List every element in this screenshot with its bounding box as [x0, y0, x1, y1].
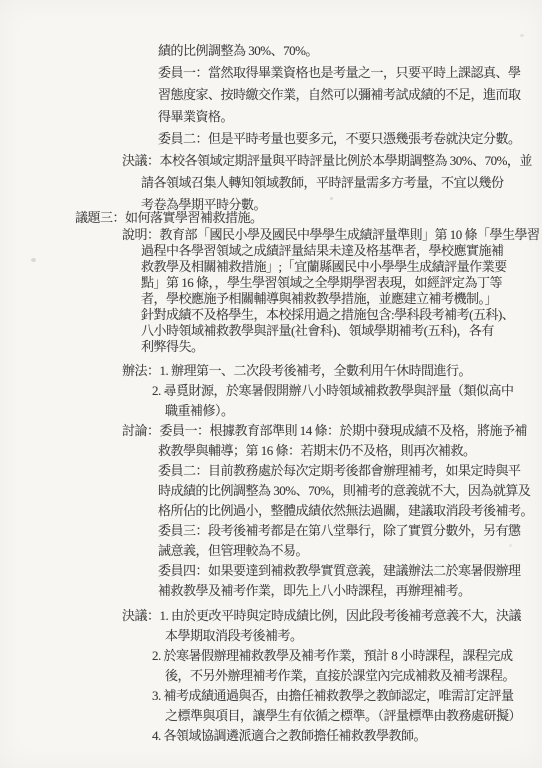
text-line: 2. 於寒暑假辦理補救教學及補考作業，預計 8 小時課程，課程完成	[0, 646, 542, 666]
text-line: 2. 尋覓財源，於寒暑假開辦八小時領域補救教學與評量（類似高中	[0, 381, 542, 401]
text-line: 後，不另外辦理補考作業，直接於課堂內完成補救及補考課程。	[0, 666, 542, 686]
text-line: 救教學及相關補救措施」;「宜蘭縣國民中小學學生成績評量作業要	[0, 259, 542, 275]
text-line: 針對成績不及格學生，本校採用過之措施包含:學科段考補考(五科)、	[0, 307, 542, 323]
text-line: 議題三：如何落實學習補救措施。	[0, 208, 542, 227]
issue3-discussion: 討論：委員一：根據教育部準則 14 條：於期中發現成績不及格，將施予補救教學與輔…	[0, 421, 542, 601]
scan-artifact	[330, 197, 333, 200]
text-line: 補救教學及補考作業，即先上八小時課程，再辦理補考。	[0, 581, 542, 601]
text-line: 者，學校應施予相關輔導與補救教學措施，並應建立補考機制。」	[0, 291, 542, 307]
text-line: 4. 各領域協調遴派適合之教師擔任補救教學教師。	[0, 726, 542, 746]
text-line: 救教學與輔導；第 16 條：若期末仍不及格，則再次補救。	[0, 441, 542, 461]
text-line: 點」第 16 條，，學生學習領域之全學期學習表現，如經評定為丁等	[0, 275, 542, 291]
issue3-resolution: 決議：1. 由於更改平時與定時成績比例，因此段考後補考意義不大，決議本學期取消段…	[0, 606, 542, 746]
text-line: 過程中各學習領域之成績評量結果未達及格基準者，學校應實施補	[0, 243, 542, 259]
text-line: 得畢業資格。	[0, 106, 542, 128]
text-line: 利弊得失。	[0, 339, 542, 355]
scan-artifact	[31, 258, 36, 262]
document-text: 績的比例調整為 30%、70%。委員一：當然取得畢業資格也是考量之一，只要平時上…	[0, 40, 542, 746]
text-line: 績的比例調整為 30%、70%。	[0, 40, 542, 62]
text-line: 格所佔的比例過小，整體成績依然無法過關，建議取消段考後補考。	[0, 501, 542, 521]
text-line: 委員一：當然取得畢業資格也是考量之一，只要平時上課認真、學	[0, 62, 542, 84]
scan-artifact	[520, 34, 524, 37]
issue2-discussion-tail: 績的比例調整為 30%、70%。委員一：當然取得畢業資格也是考量之一，只要平時上…	[0, 40, 542, 216]
text-line: 誡意義，但管理較為不易。	[0, 541, 542, 561]
text-line: 3. 補考成績通過與否，由擔任補救教學之教師認定，唯需訂定評量	[0, 686, 542, 706]
text-line: 職重補修）。	[0, 401, 542, 421]
text-line: 委員四：如果要達到補救教學實質意義，建議辦法二於寒暑假辦理	[0, 561, 542, 581]
text-line: 委員二：目前教務處於每次定期考後都會辦理補考，如果定時與平	[0, 461, 542, 481]
text-line: 本學期取消段考後補考。	[0, 626, 542, 646]
scanned-document-page: 績的比例調整為 30%、70%。委員一：當然取得畢業資格也是考量之一，只要平時上…	[0, 0, 542, 768]
text-line: 習態度家、按時繳交作業，自然可以彌補考試成績的不足，進而取	[0, 84, 542, 106]
text-line: 辦法：1. 辦理第一、二次段考後補考，全數利用午休時間進行。	[0, 361, 542, 381]
issue3-title: 議題三：如何落實學習補救措施。	[0, 208, 542, 227]
text-line: 請各領域召集人轉知領域教師，平時評量需多方考量，不宜以幾份	[0, 172, 542, 194]
issue3-explanation: 說明：教育部「國民小學及國民中學學生成績評量準則」第 10 條「學生學習過程中各…	[0, 227, 542, 355]
text-line: 討論：委員一：根據教育部準則 14 條：於期中發現成績不及格，將施予補	[0, 421, 542, 441]
text-line: 之標準與項目，讓學生有依循之標準。（評量標準由教務處研擬）	[0, 706, 542, 726]
text-line: 說明：教育部「國民小學及國民中學學生成績評量準則」第 10 條「學生學習	[0, 227, 542, 243]
scan-artifact	[509, 544, 512, 547]
text-line: 委員二：但是平時考量也要多元，不要只憑幾張考卷就決定分數。	[0, 128, 542, 150]
text-line: 委員三：段考後補考都是在第八堂舉行，除了實質分數外，另有懲	[0, 521, 542, 541]
text-line: 八小時領域補救教學與評量(社會科)、領域學期補考(五科)，各有	[0, 323, 542, 339]
issue3-method: 辦法：1. 辦理第一、二次段考後補考，全數利用午休時間進行。2. 尋覓財源，於寒…	[0, 361, 542, 421]
text-line: 決議：本校各領域定期評量與平時評量比例於本學期調整為 30%、70%，並	[0, 150, 542, 172]
text-line: 時成績的比例調整為 30%、70%，則補考的意義就不大，因為就算及	[0, 481, 542, 501]
text-line: 決議：1. 由於更改平時與定時成績比例，因此段考後補考意義不大，決議	[0, 606, 542, 626]
